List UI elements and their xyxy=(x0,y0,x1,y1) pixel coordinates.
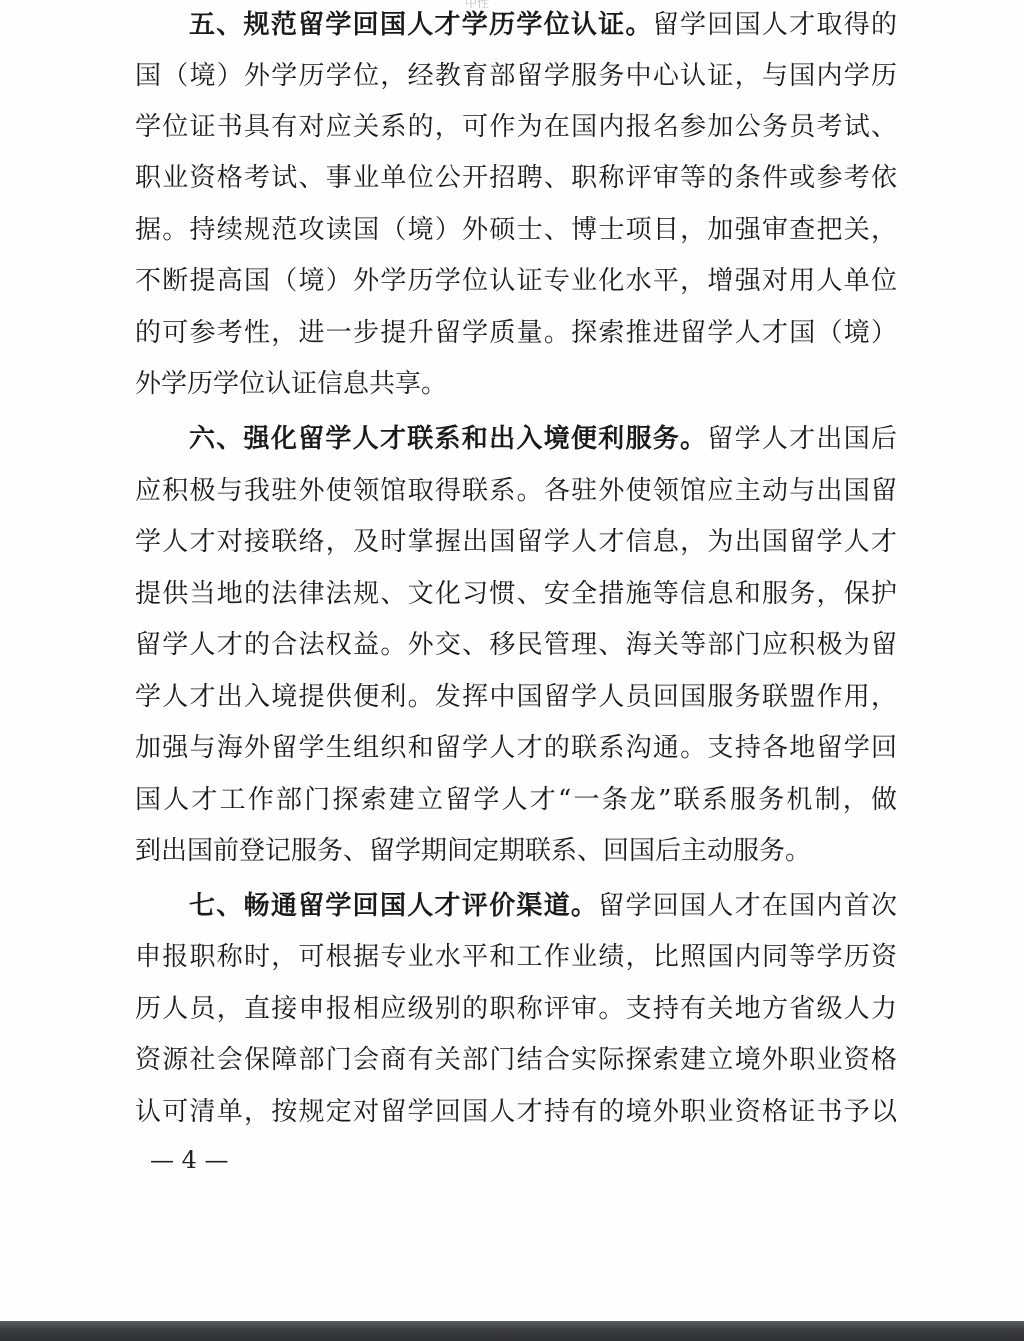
page-number: — 4 — xyxy=(150,1140,229,1180)
paragraph-line: 提供当地的法律法规、文化习惯、安全措施等信息和服务，保护 xyxy=(135,574,897,614)
paragraph-line: 应积极与我驻外使领馆取得联系。各驻外使领馆应主动与出国留 xyxy=(135,471,897,511)
paragraph-line: 据。持续规范攻读国（境）外硕士、博士项目，加强审查把关， xyxy=(135,210,897,250)
paragraph-line: 学人才出入境提供便利。发挥中国留学人员回国服务联盟作用， xyxy=(135,677,897,717)
paragraph-line: 加强与海外留学生组织和留学人才的联系沟通。支持各地留学回 xyxy=(135,728,897,768)
paragraph-line: 国（境）外学历学位，经教育部留学服务中心认证，与国内学历 xyxy=(135,56,897,96)
paragraph-line: 留学人才的合法权益。外交、移民管理、海关等部门应积极为留 xyxy=(135,625,897,665)
paragraph-line: 资源社会保障部门会商有关部门结合实际探索建立境外职业资格 xyxy=(135,1040,897,1080)
paragraph-line: 国人才工作部门探索建立留学人才“一条龙”联系服务机制，做 xyxy=(135,780,897,820)
section-5-first-line: 五、规范留学回国人才学历学位认证。留学回国人才取得的 xyxy=(189,5,897,45)
paragraph-line: 的可参考性，进一步提升留学质量。探索推进留学人才国（境） xyxy=(135,313,897,353)
section-6-text: 留学人才出国后 xyxy=(707,424,897,454)
paragraph-line: 历人员，直接申报相应级别的职称评审。支持有关地方省级人力 xyxy=(135,989,897,1029)
section-7-first-line: 七、畅通留学回国人才评价渠道。留学回国人才在国内首次 xyxy=(189,886,897,926)
paragraph-line: 申报职称时，可根据专业水平和工作业绩，比照国内同等学历资 xyxy=(135,937,897,977)
scanner-edge-bar xyxy=(0,1321,1024,1341)
document-page: 中性 五、规范留学回国人才学历学位认证。留学回国人才取得的 国（境）外学历学位，… xyxy=(0,0,1024,1341)
paragraph-line: 到出国前登记服务、留学期间定期联系、回国后主动服务。 xyxy=(135,831,897,871)
paragraph-line: 外学历学位认证信息共享。 xyxy=(135,364,897,404)
paragraph-line: 学人才对接联络，及时掌握出国留学人才信息，为出国留学人才 xyxy=(135,522,897,562)
section-7-heading: 七、畅通留学回国人才评价渠道。 xyxy=(189,891,598,921)
paragraph-line: 职业资格考试、事业单位公开招聘、职称评审等的条件或参考依 xyxy=(135,158,897,198)
section-5-heading: 五、规范留学回国人才学历学位认证。 xyxy=(189,10,653,40)
paragraph-line: 不断提高国（境）外学历学位认证专业化水平，增强对用人单位 xyxy=(135,261,897,301)
paragraph-line: 学位证书具有对应关系的，可作为在国内报名参加公务员考试、 xyxy=(135,107,897,147)
section-6-heading: 六、强化留学人才联系和出入境便利服务。 xyxy=(189,424,707,454)
section-6-first-line: 六、强化留学人才联系和出入境便利服务。留学人才出国后 xyxy=(189,419,897,459)
paragraph-line: 认可清单，按规定对留学回国人才持有的境外职业资格证书予以 xyxy=(135,1092,897,1132)
section-7-text: 留学回国人才在国内首次 xyxy=(598,891,897,921)
section-5-text: 留学回国人才取得的 xyxy=(653,10,897,40)
